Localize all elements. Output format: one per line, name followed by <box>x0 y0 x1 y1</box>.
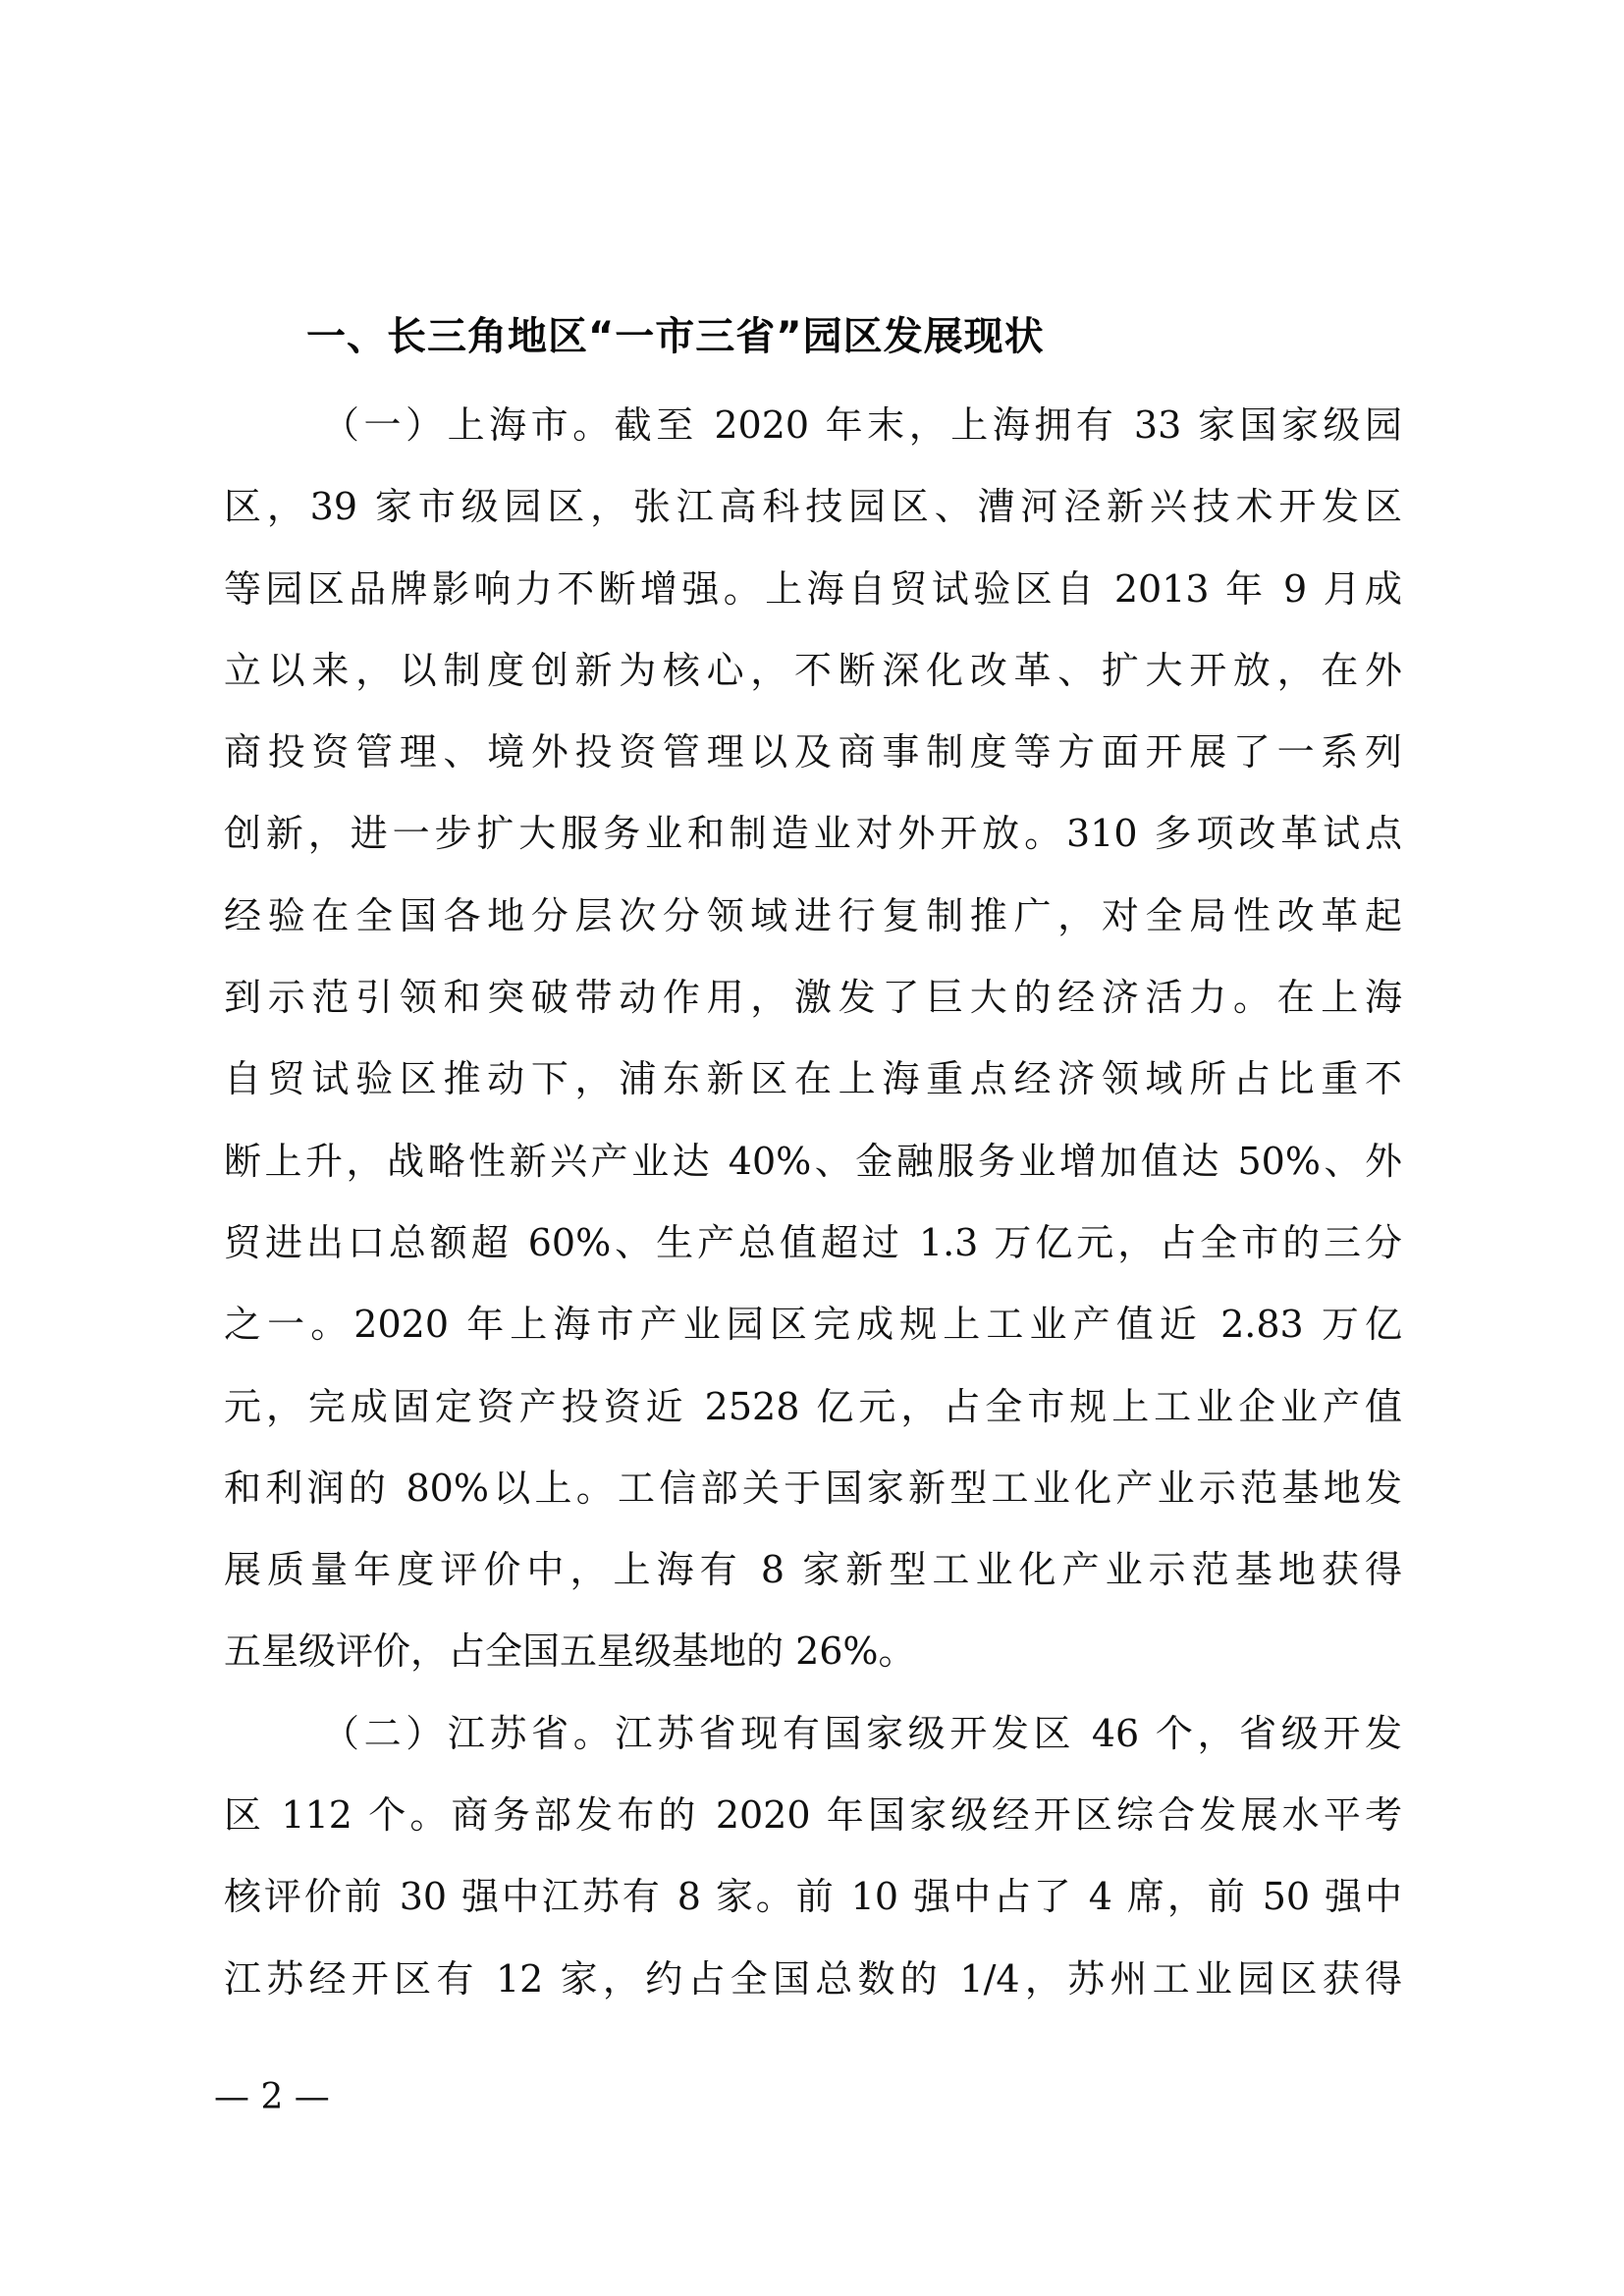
text-line: 等园区品牌影响力不断增强。上海自贸试验区自 2013 年 9 月成 <box>224 549 1402 630</box>
text-line: 和利润的 80%以上。工信部关于国家新型工业化产业示范基地发 <box>224 1448 1402 1529</box>
text-line: 核评价前 30 强中江苏有 8 家。前 10 强中占了 4 席，前 50 强中 <box>224 1856 1402 1938</box>
text-line: 江苏经开区有 12 家，约占全国总数的 1/4，苏州工业园区获得 <box>224 1939 1402 2020</box>
paragraph-jiangsu: （二）江苏省。江苏省现有国家级开发区 46 个，省级开发 区 112 个。商务部… <box>224 1693 1402 2020</box>
text-line: 断上升，战略性新兴产业达 40%、金融服务业增加值达 50%、外 <box>224 1121 1402 1202</box>
text-line: 创新，进一步扩大服务业和制造业对外开放。310 多项改革试点 <box>224 793 1402 875</box>
text-line: 五星级评价，占全国五星级基地的 26%。 <box>224 1611 1402 1692</box>
text-line: 商投资管理、境外投资管理以及商事制度等方面开展了一系列 <box>224 712 1402 793</box>
text-line: 经验在全国各地分层次分领域进行复制推广，对全局性改革起 <box>224 876 1402 957</box>
text-line: 区 112 个。商务部发布的 2020 年国家级经开区综合发展水平考 <box>224 1775 1402 1856</box>
text-line: 展质量年度评价中，上海有 8 家新型工业化产业示范基地获得 <box>224 1529 1402 1611</box>
section-heading: 一、长三角地区“一市三省”园区发展现状 <box>306 312 1045 361</box>
text-line: 贸进出口总额超 60%、生产总值超过 1.3 万亿元，占全市的三分 <box>224 1202 1402 1284</box>
text-line: 到示范引领和突破带动作用，激发了巨大的经济活力。在上海 <box>224 957 1402 1039</box>
page-number: — 2 — <box>214 2073 330 2122</box>
text-line: 立以来，以制度创新为核心，不断深化改革、扩大开放，在外 <box>224 630 1402 712</box>
text-line: 自贸试验区推动下，浦东新区在上海重点经济领域所占比重不 <box>224 1039 1402 1120</box>
text-line: 元，完成固定资产投资近 2528 亿元，占全市规上工业企业产值 <box>224 1366 1402 1448</box>
document-page: 一、长三角地区“一市三省”园区发展现状 （一）上海市。截至 2020 年末，上海… <box>0 0 1624 2296</box>
text-line: 区，39 家市级园区，张江高科技园区、漕河泾新兴技术开发区 <box>224 466 1402 548</box>
text-line: 之一。2020 年上海市产业园区完成规上工业产值近 2.83 万亿 <box>224 1284 1402 1365</box>
text-line: （一）上海市。截至 2020 年末，上海拥有 33 家国家级园 <box>224 385 1402 466</box>
text-line: （二）江苏省。江苏省现有国家级开发区 46 个，省级开发 <box>224 1693 1402 1775</box>
body-text: （一）上海市。截至 2020 年末，上海拥有 33 家国家级园 区，39 家市级… <box>224 385 1402 2020</box>
paragraph-shanghai: （一）上海市。截至 2020 年末，上海拥有 33 家国家级园 区，39 家市级… <box>224 385 1402 1693</box>
